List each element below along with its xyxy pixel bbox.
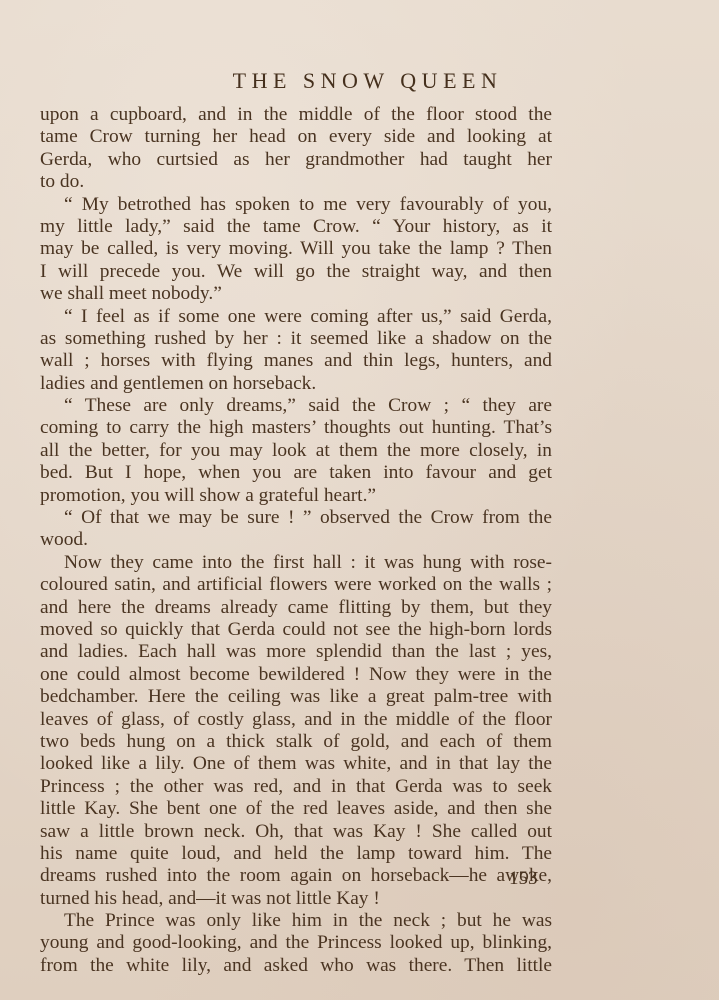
text-line: “ My betrothed has spoken to me very fav… — [40, 194, 552, 216]
text-line: tame Crow turning her head on every side… — [40, 126, 552, 148]
text-line: The Prince was only like him in the neck… — [40, 910, 552, 932]
text-line: coming to carry the high masters’ though… — [40, 417, 552, 439]
text-line: two beds hung on a thick stalk of gold, … — [40, 731, 552, 753]
text-line: wall ; horses with flying manes and thin… — [40, 350, 552, 372]
text-line: Now they came into the first hall : it w… — [40, 552, 552, 574]
running-head: THE SNOW QUEEN — [0, 68, 719, 94]
text-line: saw a little brown neck. Oh, that was Ka… — [40, 821, 552, 843]
text-line: coloured satin, and artificial flowers w… — [40, 574, 552, 596]
text-line: turned his head, and—it was not little K… — [40, 888, 552, 910]
text-line: wood. — [40, 529, 552, 551]
page-number: 153 — [509, 868, 538, 890]
text-line: his name quite loud, and held the lamp t… — [40, 843, 552, 865]
text-line: “ I feel as if some one were coming afte… — [40, 306, 552, 328]
text-line: my little lady,” said the tame Crow. “ Y… — [40, 216, 552, 238]
text-line: to do. — [40, 171, 552, 193]
text-line: all the better, for you may look at them… — [40, 440, 552, 462]
text-line: leaves of glass, of costly glass, and in… — [40, 709, 552, 731]
text-line: and ladies. Each hall was more splendid … — [40, 641, 552, 663]
text-line: from the white lily, and asked who was t… — [40, 955, 552, 977]
body-text: upon a cupboard, and in the middle of th… — [40, 104, 552, 977]
text-line: Princess ; the other was red, and in tha… — [40, 776, 552, 798]
text-line: “ These are only dreams,” said the Crow … — [40, 395, 552, 417]
text-line: looked like a lily. One of them was whit… — [40, 753, 552, 775]
text-line: bed. But I hope, when you are taken into… — [40, 462, 552, 484]
text-line: Gerda, who curtsied as her grandmother h… — [40, 149, 552, 171]
text-line: dreams rushed into the room again on hor… — [40, 865, 552, 887]
text-line: I will precede you. We will go the strai… — [40, 261, 552, 283]
book-page: THE SNOW QUEEN upon a cupboard, and in t… — [0, 0, 719, 1000]
text-line: ladies and gentlemen on horseback. — [40, 373, 552, 395]
text-line: moved so quickly that Gerda could not se… — [40, 619, 552, 641]
text-line: one could almost become bewildered ! Now… — [40, 664, 552, 686]
text-line: little Kay. She bent one of the red leav… — [40, 798, 552, 820]
text-line: may be called, is very moving. Will you … — [40, 238, 552, 260]
text-line: upon a cupboard, and in the middle of th… — [40, 104, 552, 126]
text-line: we shall meet nobody.” — [40, 283, 552, 305]
text-line: young and good-looking, and the Princess… — [40, 932, 552, 954]
text-line: “ Of that we may be sure ! ” observed th… — [40, 507, 552, 529]
text-line: as something rushed by her : it seemed l… — [40, 328, 552, 350]
text-line: and here the dreams already came flittin… — [40, 597, 552, 619]
text-line: bedchamber. Here the ceiling was like a … — [40, 686, 552, 708]
text-line: promotion, you will show a grateful hear… — [40, 485, 552, 507]
